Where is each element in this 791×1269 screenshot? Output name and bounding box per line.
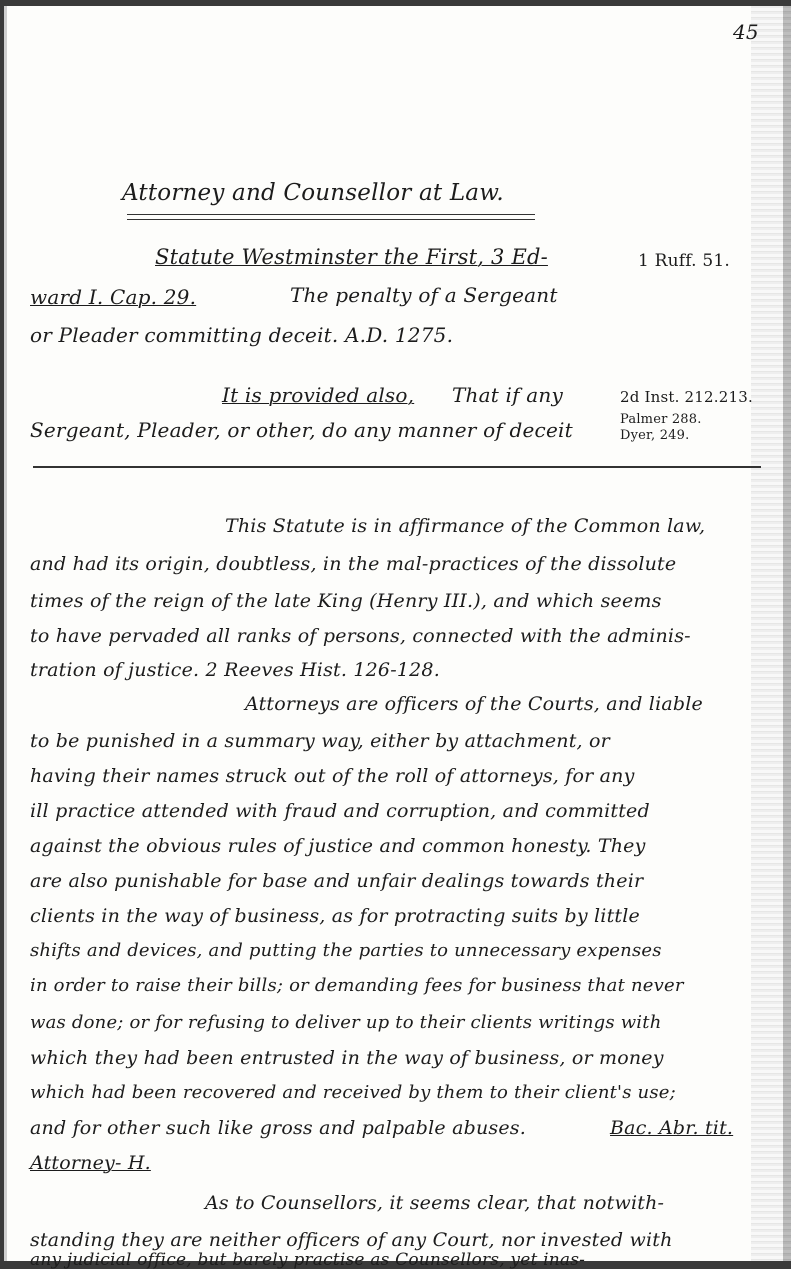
- provision-line1-lead: It is provided also,: [222, 383, 414, 407]
- paragraph2-line: shifts and devices, and putting the part…: [30, 940, 662, 961]
- paragraph2-line: was done; or for refusing to deliver up …: [30, 1012, 662, 1033]
- paragraph1-line: to have pervaded all ranks of persons, c…: [30, 625, 691, 647]
- paragraph1-line: This Statute is in affirmance of the Com…: [225, 515, 705, 537]
- statute-heading-line2-title: The penalty of a Sergeant: [290, 283, 558, 307]
- paragraph3-line: standing they are neither officers of an…: [30, 1229, 673, 1251]
- margin-ref-inst: 2d Inst. 212.213.: [620, 388, 753, 406]
- citation-bacon-abridgment: Bac. Abr. tit.: [610, 1117, 733, 1139]
- section-separator-rule: [33, 466, 761, 468]
- margin-ref-ruff: 1 Ruff. 51.: [638, 251, 730, 271]
- margin-ref-dyer: Dyer, 249.: [620, 428, 689, 443]
- provision-line2: Sergeant, Pleader, or other, do any mann…: [30, 418, 573, 442]
- paragraph2-line: having their names struck out of the rol…: [30, 765, 635, 787]
- paragraph3-line: As to Counsellors, it seems clear, that …: [205, 1192, 664, 1214]
- page-number: 45: [733, 20, 759, 44]
- statute-heading-line1: Statute Westminster the First, 3 Ed-: [155, 245, 548, 269]
- paragraph2-line: ill practice attended with fraud and cor…: [30, 800, 650, 822]
- paragraph1-line: tration of justice. 2 Reeves Hist. 126-1…: [30, 659, 440, 681]
- paragraph3-line: any judicial office, but barely practise…: [30, 1250, 585, 1269]
- paragraph1-line: and had its origin, doubtless, in the ma…: [30, 553, 676, 575]
- paragraph2-line: against the obvious rules of justice and…: [30, 835, 646, 857]
- page-edge-shading: [751, 6, 791, 1261]
- paragraph1-line: times of the reign of the late King (Hen…: [30, 590, 662, 612]
- page-title: Attorney and Counsellor at Law.: [122, 180, 504, 206]
- paragraph2-line: which had been recovered and received by…: [30, 1082, 676, 1103]
- title-double-underline: [127, 214, 535, 220]
- statute-heading-line2-chapter: ward I. Cap. 29.: [30, 285, 196, 309]
- paragraph2-line: in order to raise their bills; or demand…: [30, 975, 684, 996]
- statute-heading-line3: or Pleader committing deceit. A.D. 1275.: [30, 323, 453, 347]
- provision-line1-rest: That if any: [452, 383, 563, 407]
- paragraph2-line: to be punished in a summary way, either …: [30, 730, 610, 752]
- paragraph2-line: are also punishable for base and unfair …: [30, 870, 643, 892]
- paragraph2-line: and for other such like gross and palpab…: [30, 1117, 526, 1139]
- paragraph2-line: Attorneys are officers of the Courts, an…: [245, 693, 703, 715]
- citation-bacon-abridgment-cont: Attorney- H.: [30, 1152, 151, 1174]
- paragraph2-line: clients in the way of business, as for p…: [30, 905, 640, 927]
- paragraph2-line: which they had been entrusted in the way…: [30, 1047, 664, 1069]
- margin-ref-palmer: Palmer 288.: [620, 412, 702, 427]
